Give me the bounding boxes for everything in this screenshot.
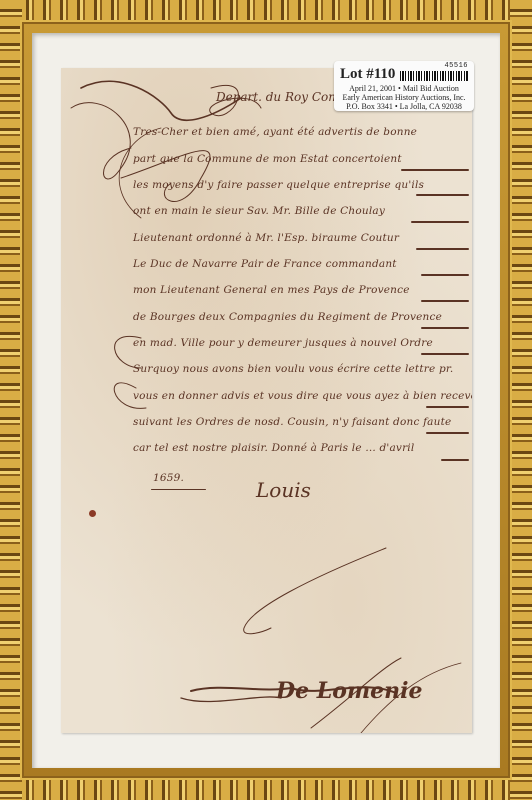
line-rule: [411, 221, 469, 223]
lot-number: Lot #110: [340, 66, 395, 83]
document-line: les moyens d'y faire passer quelque entr…: [133, 179, 424, 191]
document-line: Le Duc de Navarre Pair de France command…: [133, 258, 397, 270]
frame-bottom-bead: [0, 778, 532, 800]
document-line: en mad. Ville pour y demeurer jusques à …: [133, 337, 433, 349]
line-rule: [421, 274, 469, 276]
document-line: part que la Commune de mon Estat concert…: [133, 153, 402, 165]
document-line: mon Lieutenant General en mes Pays de Pr…: [133, 284, 410, 296]
document-line: Surquoy nous avons bien voulu vous écrir…: [133, 363, 453, 375]
line-rule: [401, 169, 469, 171]
line-rule: [426, 406, 469, 408]
document-line: Tres-Cher et bien amé, ayant été adverti…: [133, 126, 417, 138]
auction-date-line: April 21, 2001 • Mail Bid Auction: [334, 84, 474, 93]
ink-stain: [89, 510, 96, 517]
document-line: de Bourges deux Compagnies du Regiment d…: [133, 311, 442, 323]
secretary-signature: De Lomenie: [276, 678, 423, 704]
frame-top-bead: [0, 0, 532, 22]
auction-lot-label: Lot #110 45516 April 21, 2001 • Mail Bid…: [334, 61, 474, 111]
lot-code: 45516: [444, 62, 468, 70]
manuscript-document: Depart. du Roy Comte d'Avaux Tres-Cher e…: [61, 68, 472, 733]
barcode-icon: [400, 71, 468, 81]
frame-left-bead: [0, 0, 22, 800]
line-rule: [421, 327, 469, 329]
document-line: vous en donner advis et vous dire que vo…: [133, 390, 472, 402]
date-underline: [151, 489, 206, 490]
auction-address-line: P.O. Box 3341 • La Jolla, CA 92038: [334, 102, 474, 111]
auction-house-line: Early American History Auctions, Inc.: [334, 93, 474, 102]
frame-right-bead: [510, 0, 532, 800]
line-rule: [426, 432, 469, 434]
document-line: suivant les Ordres de nosd. Cousin, n'y …: [133, 416, 451, 428]
king-signature: Louis: [256, 478, 311, 502]
line-rule: [416, 248, 469, 250]
document-date: 1659.: [153, 472, 184, 484]
line-rule: [421, 300, 469, 302]
document-line: ont en main le sieur Sav. Mr. Bille de C…: [133, 205, 385, 217]
document-line: car tel est nostre plaisir. Donné à Pari…: [133, 442, 414, 454]
line-rule: [416, 194, 469, 196]
line-rule: [421, 353, 469, 355]
document-line: Lieutenant ordonné à Mr. l'Esp. biraume …: [133, 232, 399, 244]
line-rule: [441, 459, 469, 461]
